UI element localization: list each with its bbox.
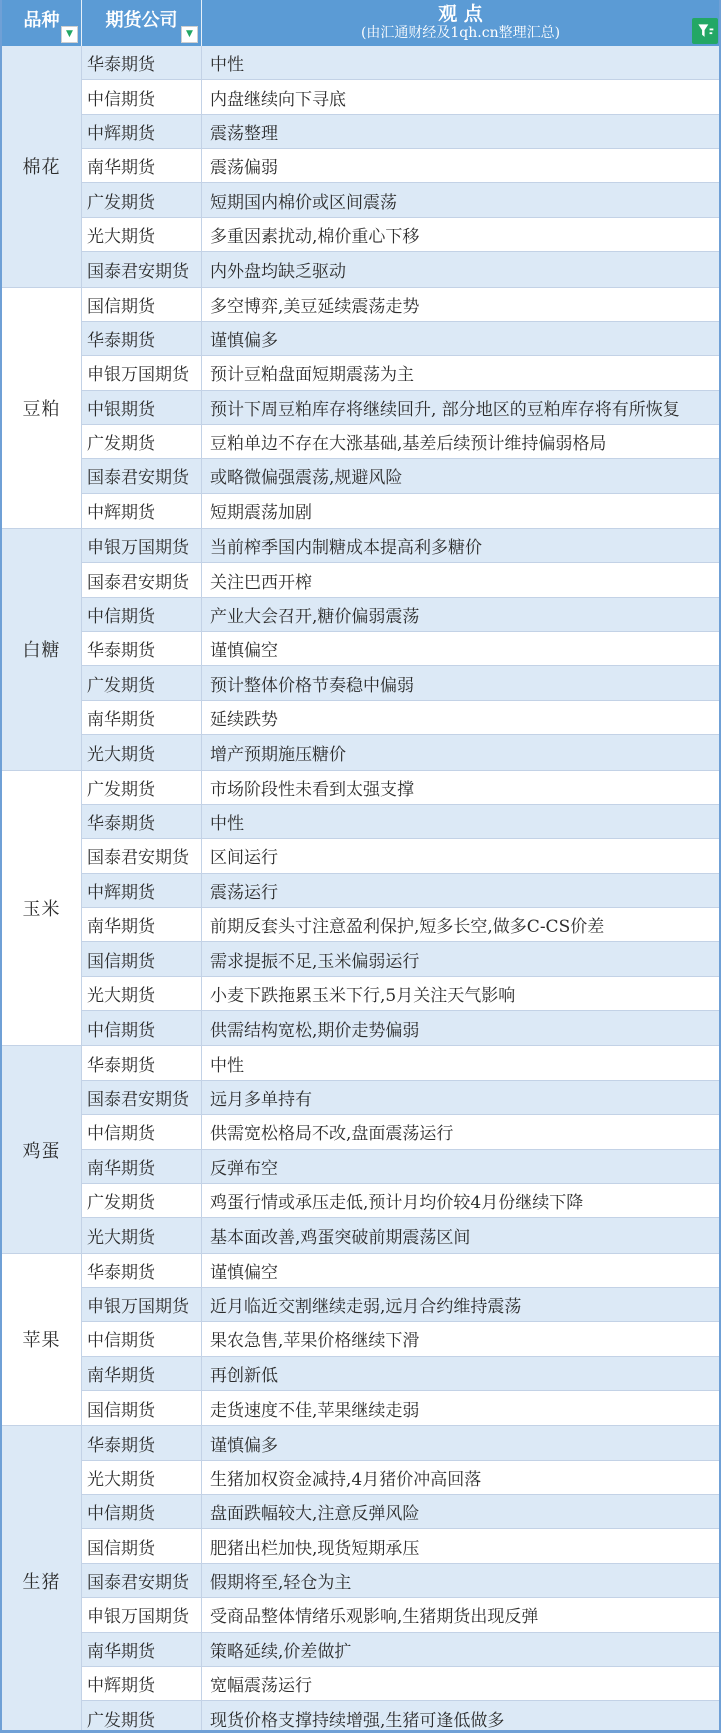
company-header-label: 期货公司 <box>106 12 178 30</box>
group-rows: 华泰期货谨慎偏空申银万国期货近月临近交割继续走弱,远月合约维持震荡中信期货果农急… <box>82 1254 719 1426</box>
company-cell: 中信期货 <box>82 1322 202 1355</box>
company-cell: 国信期货 <box>82 288 202 321</box>
view-cell: 中性 <box>202 1046 719 1079</box>
table-row: 国信期货多空博弈,美豆延续震荡走势 <box>82 288 719 322</box>
table-row: 国泰君安期货假期将至,轻仓为主 <box>82 1564 719 1598</box>
variety-cell: 白糖 <box>2 529 82 770</box>
table-row: 华泰期货谨慎偏多 <box>82 1426 719 1460</box>
company-cell: 广发期货 <box>82 183 202 216</box>
company-cell: 华泰期货 <box>82 805 202 838</box>
variety-label: 鸡蛋 <box>23 1137 61 1163</box>
view-cell: 或略微偏强震荡,规避风险 <box>202 459 719 492</box>
variety-cell: 豆粕 <box>2 288 82 529</box>
view-cell: 受商品整体情绪乐观影响,生猪期货出现反弹 <box>202 1598 719 1631</box>
table-row: 申银万国期货受商品整体情绪乐观影响,生猪期货出现反弹 <box>82 1598 719 1632</box>
table-row: 申银万国期货当前榨季国内制糖成本提高利多糖价 <box>82 529 719 563</box>
view-cell: 关注巴西开榨 <box>202 563 719 596</box>
funnel-filter-icon[interactable] <box>692 18 718 44</box>
commodity-group: 白糖申银万国期货当前榨季国内制糖成本提高利多糖价国泰君安期货关注巴西开榨中信期货… <box>2 529 719 771</box>
company-filter-dropdown-button[interactable]: ▼ <box>181 26 198 43</box>
view-cell: 供需宽松格局不改,盘面震荡运行 <box>202 1115 719 1148</box>
company-cell: 申银万国期货 <box>82 1288 202 1321</box>
company-cell: 华泰期货 <box>82 322 202 355</box>
table-row: 南华期货反弹布空 <box>82 1150 719 1184</box>
table-row: 光大期货多重因素扰动,棉价重心下移 <box>82 218 719 252</box>
table-row: 国泰君安期货或略微偏强震荡,规避风险 <box>82 459 719 493</box>
view-cell: 现货价格支撑持续增强,生猪可逢低做多 <box>202 1701 719 1733</box>
group-rows: 广发期货市场阶段性未看到太强支撑华泰期货中性国泰君安期货区间运行中辉期货震荡运行… <box>82 771 719 1046</box>
table-row: 华泰期货中性 <box>82 46 719 80</box>
company-cell: 南华期货 <box>82 149 202 182</box>
company-cell: 光大期货 <box>82 735 202 769</box>
table-header: 品种 ▼ 期货公司 ▼ 观 点 (由汇通财经及1qh.cn整理汇总) <box>2 0 719 46</box>
company-cell: 光大期货 <box>82 1461 202 1494</box>
company-cell: 广发期货 <box>82 771 202 804</box>
view-cell: 豆粕单边不存在大涨基础,基差后续预计维持偏弱格局 <box>202 425 719 458</box>
funnel-glyph <box>695 21 715 41</box>
view-cell: 谨慎偏多 <box>202 1426 719 1459</box>
view-cell: 远月多单持有 <box>202 1081 719 1114</box>
view-cell: 产业大会召开,糖价偏弱震荡 <box>202 598 719 631</box>
table-row: 国信期货走货速度不佳,苹果继续走弱 <box>82 1391 719 1425</box>
view-cell: 市场阶段性未看到太强支撑 <box>202 771 719 804</box>
company-cell: 中信期货 <box>82 598 202 631</box>
view-cell: 宽幅震荡运行 <box>202 1667 719 1700</box>
variety-cell: 生猪 <box>2 1426 82 1733</box>
table-row: 国信期货肥猪出栏加快,现货短期承压 <box>82 1529 719 1563</box>
futures-opinions-table: 品种 ▼ 期货公司 ▼ 观 点 (由汇通财经及1qh.cn整理汇总) 棉花华泰期… <box>0 0 721 1733</box>
table-row: 中辉期货震荡整理 <box>82 115 719 149</box>
commodity-group: 棉花华泰期货中性中信期货内盘继续向下寻底中辉期货震荡整理南华期货震荡偏弱广发期货… <box>2 46 719 288</box>
commodity-group: 生猪华泰期货谨慎偏多光大期货生猪加权资金减持,4月猪价冲高回落中信期货盘面跌幅较… <box>2 1426 719 1733</box>
table-row: 广发期货预计整体价格节奏稳中偏弱 <box>82 666 719 700</box>
company-cell: 中辉期货 <box>82 115 202 148</box>
table-row: 南华期货前期反套头寸注意盈利保护,短多长空,做多C-CS价差 <box>82 908 719 942</box>
company-cell: 广发期货 <box>82 666 202 699</box>
table-row: 广发期货市场阶段性未看到太强支撑 <box>82 771 719 805</box>
variety-header-label: 品种 <box>24 12 60 30</box>
view-cell: 震荡整理 <box>202 115 719 148</box>
company-cell: 广发期货 <box>82 1701 202 1733</box>
company-cell: 广发期货 <box>82 425 202 458</box>
table-row: 广发期货短期国内棉价或区间震荡 <box>82 183 719 217</box>
variety-cell: 鸡蛋 <box>2 1046 82 1252</box>
company-cell: 南华期货 <box>82 908 202 941</box>
view-cell: 生猪加权资金减持,4月猪价冲高回落 <box>202 1461 719 1494</box>
view-cell: 多重因素扰动,棉价重心下移 <box>202 218 719 251</box>
view-cell: 盘面跌幅较大,注意反弹风险 <box>202 1495 719 1528</box>
chevron-down-icon: ▼ <box>66 30 73 39</box>
variety-label: 白糖 <box>23 636 61 662</box>
company-cell: 国泰君安期货 <box>82 839 202 872</box>
view-cell: 反弹布空 <box>202 1150 719 1183</box>
table-row: 中信期货产业大会召开,糖价偏弱震荡 <box>82 598 719 632</box>
view-cell: 鸡蛋行情或承压走低,预计月均价较4月份继续下降 <box>202 1184 719 1217</box>
table-row: 国泰君安期货区间运行 <box>82 839 719 873</box>
company-cell: 国泰君安期货 <box>82 1081 202 1114</box>
table-row: 国泰君安期货远月多单持有 <box>82 1081 719 1115</box>
view-cell: 谨慎偏空 <box>202 632 719 665</box>
view-header-title: 观 点 <box>438 4 483 25</box>
company-cell: 中银期货 <box>82 391 202 424</box>
header-cell-variety: 品种 ▼ <box>2 0 82 46</box>
variety-label: 玉米 <box>23 895 61 921</box>
view-cell: 谨慎偏空 <box>202 1254 719 1287</box>
company-cell: 中信期货 <box>82 1115 202 1148</box>
table-row: 南华期货策略延续,价差做扩 <box>82 1633 719 1667</box>
company-cell: 南华期货 <box>82 1633 202 1666</box>
company-cell: 广发期货 <box>82 1184 202 1217</box>
view-cell: 假期将至,轻仓为主 <box>202 1564 719 1597</box>
view-cell: 中性 <box>202 805 719 838</box>
company-cell: 申银万国期货 <box>82 529 202 562</box>
commodity-group: 玉米广发期货市场阶段性未看到太强支撑华泰期货中性国泰君安期货区间运行中辉期货震荡… <box>2 771 719 1047</box>
company-cell: 中信期货 <box>82 80 202 113</box>
company-cell: 南华期货 <box>82 1357 202 1390</box>
commodity-group: 豆粕国信期货多空博弈,美豆延续震荡走势华泰期货谨慎偏多申银万国期货预计豆粕盘面短… <box>2 288 719 530</box>
view-cell: 小麦下跌拖累玉米下行,5月关注天气影响 <box>202 977 719 1010</box>
table-row: 光大期货基本面改善,鸡蛋突破前期震荡区间 <box>82 1218 719 1252</box>
group-rows: 华泰期货中性国泰君安期货远月多单持有中信期货供需宽松格局不改,盘面震荡运行南华期… <box>82 1046 719 1252</box>
variety-label: 生猪 <box>23 1568 61 1594</box>
company-cell: 国信期货 <box>82 1391 202 1425</box>
chevron-down-icon: ▼ <box>186 30 193 39</box>
company-cell: 华泰期货 <box>82 46 202 79</box>
table-row: 华泰期货谨慎偏多 <box>82 322 719 356</box>
table-row: 华泰期货谨慎偏空 <box>82 632 719 666</box>
table-row: 国泰君安期货关注巴西开榨 <box>82 563 719 597</box>
view-cell: 肥猪出栏加快,现货短期承压 <box>202 1529 719 1562</box>
table-body: 棉花华泰期货中性中信期货内盘继续向下寻底中辉期货震荡整理南华期货震荡偏弱广发期货… <box>2 46 719 1733</box>
view-cell: 果农急售,苹果价格继续下滑 <box>202 1322 719 1355</box>
table-row: 国泰君安期货内外盘均缺乏驱动 <box>82 252 719 286</box>
view-cell: 预计下周豆粕库存将继续回升, 部分地区的豆粕库存将有所恢复 <box>202 391 719 424</box>
group-rows: 申银万国期货当前榨季国内制糖成本提高利多糖价国泰君安期货关注巴西开榨中信期货产业… <box>82 529 719 770</box>
variety-label: 豆粕 <box>23 395 61 421</box>
company-cell: 中信期货 <box>82 1011 202 1045</box>
table-row: 南华期货震荡偏弱 <box>82 149 719 183</box>
view-cell: 中性 <box>202 46 719 79</box>
view-cell: 再创新低 <box>202 1357 719 1390</box>
company-cell: 华泰期货 <box>82 1254 202 1287</box>
table-row: 中银期货预计下周豆粕库存将继续回升, 部分地区的豆粕库存将有所恢复 <box>82 391 719 425</box>
table-row: 广发期货现货价格支撑持续增强,生猪可逢低做多 <box>82 1701 719 1733</box>
table-row: 中辉期货宽幅震荡运行 <box>82 1667 719 1701</box>
table-row: 光大期货生猪加权资金减持,4月猪价冲高回落 <box>82 1461 719 1495</box>
company-cell: 华泰期货 <box>82 1046 202 1079</box>
table-row: 中信期货内盘继续向下寻底 <box>82 80 719 114</box>
company-cell: 中辉期货 <box>82 494 202 528</box>
table-row: 南华期货延续跌势 <box>82 701 719 735</box>
company-cell: 申银万国期货 <box>82 1598 202 1631</box>
variety-cell: 苹果 <box>2 1254 82 1426</box>
company-cell: 国泰君安期货 <box>82 252 202 286</box>
view-cell: 短期震荡加剧 <box>202 494 719 528</box>
company-cell: 光大期货 <box>82 218 202 251</box>
company-cell: 国泰君安期货 <box>82 459 202 492</box>
view-cell: 延续跌势 <box>202 701 719 734</box>
header-cell-company: 期货公司 ▼ <box>82 0 202 46</box>
company-cell: 华泰期货 <box>82 1426 202 1459</box>
view-cell: 近月临近交割继续走弱,远月合约维持震荡 <box>202 1288 719 1321</box>
table-row: 中辉期货震荡运行 <box>82 874 719 908</box>
header-cell-view: 观 点 (由汇通财经及1qh.cn整理汇总) <box>202 0 719 46</box>
view-cell: 多空博弈,美豆延续震荡走势 <box>202 288 719 321</box>
company-cell: 国信期货 <box>82 1529 202 1562</box>
group-rows: 华泰期货中性中信期货内盘继续向下寻底中辉期货震荡整理南华期货震荡偏弱广发期货短期… <box>82 46 719 287</box>
table-row: 光大期货小麦下跌拖累玉米下行,5月关注天气影响 <box>82 977 719 1011</box>
table-row: 华泰期货谨慎偏空 <box>82 1254 719 1288</box>
view-cell: 谨慎偏多 <box>202 322 719 355</box>
company-cell: 中辉期货 <box>82 1667 202 1700</box>
table-row: 中信期货盘面跌幅较大,注意反弹风险 <box>82 1495 719 1529</box>
view-cell: 震荡偏弱 <box>202 149 719 182</box>
view-cell: 当前榨季国内制糖成本提高利多糖价 <box>202 529 719 562</box>
table-row: 中信期货果农急售,苹果价格继续下滑 <box>82 1322 719 1356</box>
table-row: 广发期货豆粕单边不存在大涨基础,基差后续预计维持偏弱格局 <box>82 425 719 459</box>
company-cell: 光大期货 <box>82 977 202 1010</box>
company-cell: 中信期货 <box>82 1495 202 1528</box>
commodity-group: 鸡蛋华泰期货中性国泰君安期货远月多单持有中信期货供需宽松格局不改,盘面震荡运行南… <box>2 1046 719 1253</box>
table-row: 中信期货供需宽松格局不改,盘面震荡运行 <box>82 1115 719 1149</box>
view-cell: 增产预期施压糖价 <box>202 735 719 769</box>
table-row: 申银万国期货预计豆粕盘面短期震荡为主 <box>82 356 719 390</box>
view-cell: 内盘继续向下寻底 <box>202 80 719 113</box>
table-row: 光大期货增产预期施压糖价 <box>82 735 719 769</box>
company-cell: 国信期货 <box>82 942 202 975</box>
view-cell: 策略延续,价差做扩 <box>202 1633 719 1666</box>
view-cell: 震荡运行 <box>202 874 719 907</box>
table-row: 广发期货鸡蛋行情或承压走低,预计月均价较4月份继续下降 <box>82 1184 719 1218</box>
variety-cell: 棉花 <box>2 46 82 287</box>
company-cell: 中辉期货 <box>82 874 202 907</box>
variety-label: 棉花 <box>23 153 61 179</box>
view-cell: 走货速度不佳,苹果继续走弱 <box>202 1391 719 1425</box>
view-cell: 供需结构宽松,期价走势偏弱 <box>202 1011 719 1045</box>
table-row: 国信期货需求提振不足,玉米偏弱运行 <box>82 942 719 976</box>
company-cell: 华泰期货 <box>82 632 202 665</box>
company-cell: 国泰君安期货 <box>82 1564 202 1597</box>
variety-cell: 玉米 <box>2 771 82 1046</box>
variety-filter-dropdown-button[interactable]: ▼ <box>61 26 78 43</box>
variety-label: 苹果 <box>23 1326 61 1352</box>
table-row: 申银万国期货近月临近交割继续走弱,远月合约维持震荡 <box>82 1288 719 1322</box>
table-row: 华泰期货中性 <box>82 805 719 839</box>
view-cell: 区间运行 <box>202 839 719 872</box>
company-cell: 申银万国期货 <box>82 356 202 389</box>
view-cell: 基本面改善,鸡蛋突破前期震荡区间 <box>202 1218 719 1252</box>
company-cell: 南华期货 <box>82 701 202 734</box>
table-row: 南华期货再创新低 <box>82 1357 719 1391</box>
view-cell: 短期国内棉价或区间震荡 <box>202 183 719 216</box>
view-cell: 内外盘均缺乏驱动 <box>202 252 719 286</box>
view-cell: 预计整体价格节奏稳中偏弱 <box>202 666 719 699</box>
group-rows: 国信期货多空博弈,美豆延续震荡走势华泰期货谨慎偏多申银万国期货预计豆粕盘面短期震… <box>82 288 719 529</box>
table-row: 中信期货供需结构宽松,期价走势偏弱 <box>82 1011 719 1045</box>
table-row: 中辉期货短期震荡加剧 <box>82 494 719 528</box>
view-cell: 预计豆粕盘面短期震荡为主 <box>202 356 719 389</box>
commodity-group: 苹果华泰期货谨慎偏空申银万国期货近月临近交割继续走弱,远月合约维持震荡中信期货果… <box>2 1254 719 1427</box>
group-rows: 华泰期货谨慎偏多光大期货生猪加权资金减持,4月猪价冲高回落中信期货盘面跌幅较大,… <box>82 1426 719 1733</box>
view-cell: 前期反套头寸注意盈利保护,短多长空,做多C-CS价差 <box>202 908 719 941</box>
table-row: 华泰期货中性 <box>82 1046 719 1080</box>
view-cell: 需求提振不足,玉米偏弱运行 <box>202 942 719 975</box>
company-cell: 国泰君安期货 <box>82 563 202 596</box>
view-header-subtitle: (由汇通财经及1qh.cn整理汇总) <box>361 25 560 42</box>
company-cell: 南华期货 <box>82 1150 202 1183</box>
company-cell: 光大期货 <box>82 1218 202 1252</box>
